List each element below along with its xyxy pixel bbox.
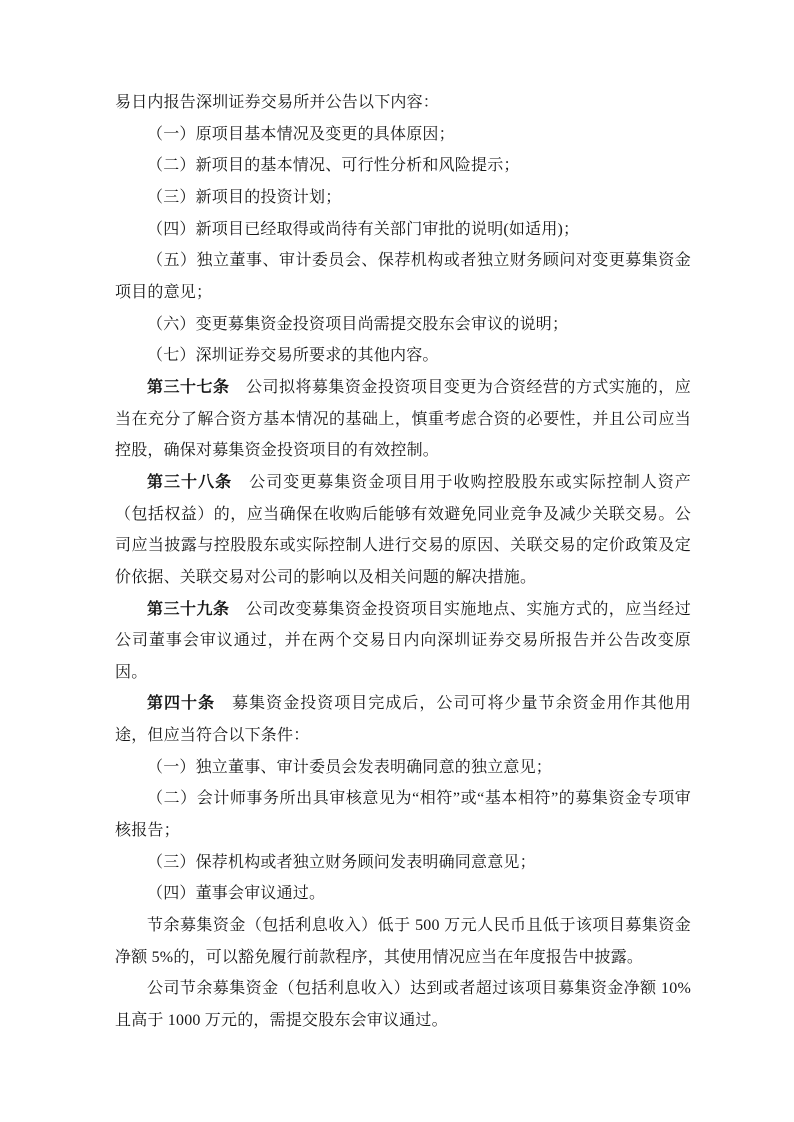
article-40-item-1: （一）独立董事、审计委员会发表明确同意的独立意见； xyxy=(115,752,691,784)
paragraph-text: （五）独立董事、审计委员会、保荐机构或者独立财务顾问对变更募集资金项目的意见； xyxy=(115,252,691,301)
document-page: 易日内报告深圳证券交易所并公告以下内容： （一）原项目基本情况及变更的具体原因；… xyxy=(0,0,794,1122)
paragraph-text: （六）变更募集资金投资项目尚需提交股东会审议的说明； xyxy=(147,316,568,333)
paragraph-text: （一）独立董事、审计委员会发表明确同意的独立意见； xyxy=(147,759,552,776)
document-body: 易日内报告深圳证券交易所并公告以下内容： （一）原项目基本情况及变更的具体原因；… xyxy=(115,87,691,1037)
paragraph-text: 公司节余募集资金（包括利息收入）达到或者超过该项目募集资金净额 10%且高于 1… xyxy=(115,980,691,1029)
paragraph-text: 易日内报告深圳证券交易所并公告以下内容： xyxy=(115,94,439,111)
article-40-item-2: （二）会计师事务所出具审核意见为“相符”或“基本相符”的募集资金专项审核报告； xyxy=(115,783,691,846)
paragraph-text: 节余募集资金（包括利息收入）低于 500 万元人民币且低于该项目募集资金净额 5… xyxy=(115,917,691,966)
article-38-number: 第三十八条 xyxy=(147,474,232,491)
paragraph-text: （二）会计师事务所出具审核意见为“相符”或“基本相符”的募集资金专项审核报告； xyxy=(115,790,691,839)
article-40-item-4: （四）董事会审议通过。 xyxy=(115,878,691,910)
paragraph-continuation: 易日内报告深圳证券交易所并公告以下内容： xyxy=(115,87,691,119)
paragraph-article-38: 第三十八条 公司变更募集资金项目用于收购控股股东或实际控制人资产（包括权益）的，… xyxy=(115,467,691,594)
article-40-item-3: （三）保荐机构或者独立财务顾问发表明确同意意见； xyxy=(115,847,691,879)
paragraph-text: （四）新项目已经取得或尚待有关部门审批的说明(如适用)； xyxy=(147,221,579,238)
paragraph-surplus-over-threshold: 公司节余募集资金（包括利息收入）达到或者超过该项目募集资金净额 10%且高于 1… xyxy=(115,973,691,1036)
article-37-number: 第三十七条 xyxy=(147,379,229,396)
paragraph-text: （七）深圳证券交易所要求的其他内容。 xyxy=(147,347,439,364)
paragraph-text: （二）新项目的基本情况、可行性分析和风险提示； xyxy=(147,157,520,174)
list-item-6: （六）变更募集资金投资项目尚需提交股东会审议的说明； xyxy=(115,309,691,341)
article-39-number: 第三十九条 xyxy=(147,601,229,618)
list-item-1: （一）原项目基本情况及变更的具体原因； xyxy=(115,119,691,151)
list-item-5: （五）独立董事、审计委员会、保荐机构或者独立财务顾问对变更募集资金项目的意见； xyxy=(115,245,691,308)
paragraph-text: （一）原项目基本情况及变更的具体原因； xyxy=(147,126,455,143)
paragraph-article-40: 第四十条 募集资金投资项目完成后，公司可将少量节余资金用作其他用途，但应当符合以… xyxy=(115,688,691,751)
list-item-7: （七）深圳证券交易所要求的其他内容。 xyxy=(115,340,691,372)
paragraph-surplus-under-threshold: 节余募集资金（包括利息收入）低于 500 万元人民币且低于该项目募集资金净额 5… xyxy=(115,910,691,973)
list-item-3: （三）新项目的投资计划； xyxy=(115,182,691,214)
list-item-2: （二）新项目的基本情况、可行性分析和风险提示； xyxy=(115,150,691,182)
article-40-number: 第四十条 xyxy=(147,695,215,712)
paragraph-article-39: 第三十九条 公司改变募集资金投资项目实施地点、实施方式的，应当经过公司董事会审议… xyxy=(115,594,691,689)
paragraph-text: （三）保荐机构或者独立财务顾问发表明确同意意见； xyxy=(147,854,536,871)
paragraph-text: （三）新项目的投资计划； xyxy=(147,189,341,206)
paragraph-article-37: 第三十七条 公司拟将募集资金投资项目变更为合资经营的方式实施的，应当在充分了解合… xyxy=(115,372,691,467)
list-item-4: （四）新项目已经取得或尚待有关部门审批的说明(如适用)； xyxy=(115,214,691,246)
paragraph-text: （四）董事会审议通过。 xyxy=(147,885,325,902)
